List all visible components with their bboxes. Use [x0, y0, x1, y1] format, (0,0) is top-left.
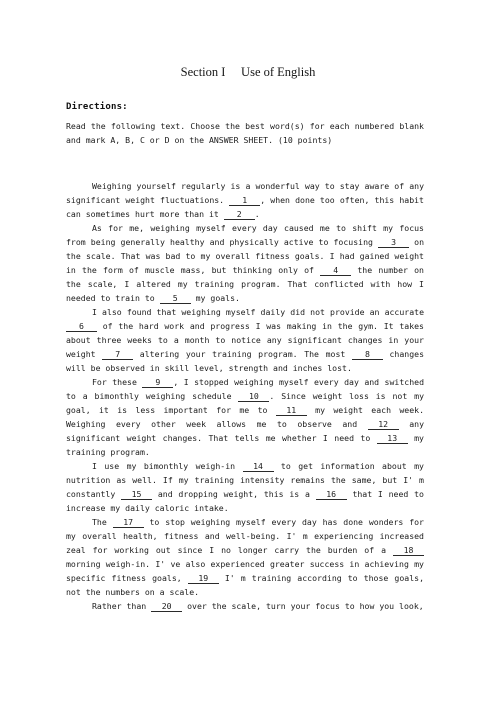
cloze-blank-5: 5: [160, 293, 191, 304]
directions-label: Directions:: [66, 100, 424, 114]
cloze-blank-6: 6: [66, 321, 97, 332]
passage-paragraph-3: I also found that weighing myself daily …: [66, 305, 424, 375]
cloze-blank-16: 16: [316, 489, 347, 500]
cloze-blank-15: 15: [121, 489, 152, 500]
directions-text: Read the following text. Choose the best…: [66, 119, 424, 147]
cloze-blank-20: 20: [151, 601, 182, 612]
passage-paragraph-2: As for me, weighing myself every day cau…: [66, 221, 424, 305]
cloze-blank-19: 19: [188, 573, 219, 584]
cloze-blank-10: 10: [238, 391, 269, 402]
cloze-blank-12: 12: [368, 419, 399, 430]
cloze-blank-9: 9: [142, 377, 173, 388]
cloze-blank-2: 2: [224, 209, 255, 220]
cloze-blank-11: 11: [276, 405, 307, 416]
cloze-blank-3: 3: [378, 237, 409, 248]
cloze-blank-18: 18: [393, 545, 424, 556]
passage-paragraph-6: The 17 to stop weighing myself every day…: [66, 515, 424, 599]
passage-paragraph-1: Weighing yourself regularly is a wonderf…: [66, 179, 424, 221]
passage: Weighing yourself regularly is a wonderf…: [66, 179, 424, 613]
cloze-blank-13: 13: [377, 433, 408, 444]
cloze-blank-1: 1: [229, 195, 260, 206]
passage-paragraph-5: I use my bimonthly weigh-in 14 to get in…: [66, 459, 424, 515]
passage-paragraph-4: For these 9, I stopped weighing myself e…: [66, 375, 424, 459]
cloze-blank-4: 4: [320, 265, 351, 276]
cloze-blank-8: 8: [352, 349, 383, 360]
cloze-blank-17: 17: [113, 517, 144, 528]
document-page: Section I Use of English Directions: Rea…: [0, 0, 496, 702]
cloze-blank-14: 14: [243, 461, 274, 472]
section-title: Section I Use of English: [0, 64, 496, 80]
cloze-blank-7: 7: [102, 349, 133, 360]
page-content: Directions: Read the following text. Cho…: [66, 100, 424, 613]
passage-paragraph-7: Rather than 20 over the scale, turn your…: [66, 599, 424, 613]
